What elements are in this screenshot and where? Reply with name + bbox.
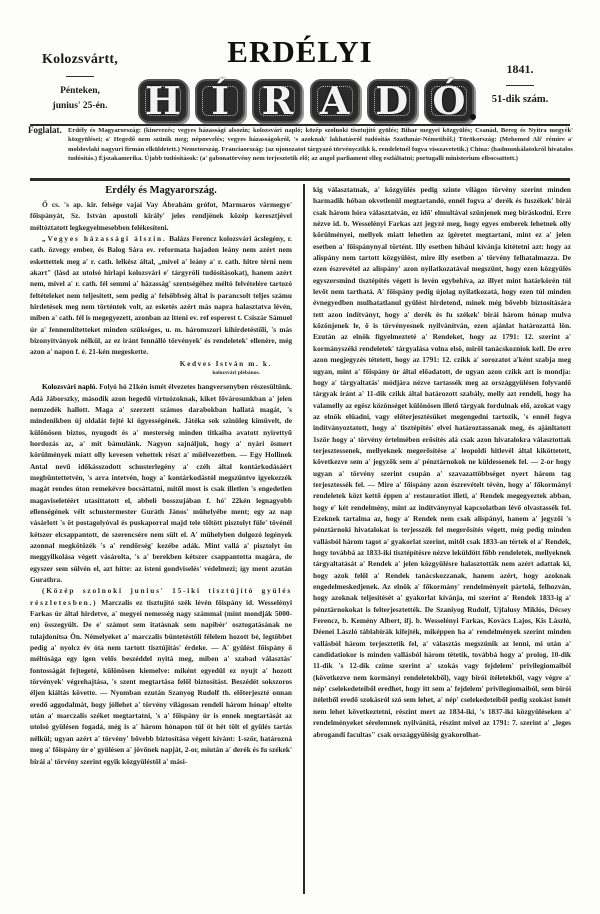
article-lead: „Vegyes házassági álszín. bbox=[42, 234, 167, 243]
section-title: Erdély és Magyarország. bbox=[30, 184, 292, 198]
article-paragraph: (Közép szolnoki junius' 15-iki tisztújít… bbox=[30, 585, 292, 767]
contents-label: Foglalat. bbox=[28, 126, 62, 135]
right-column: kig választatnak, a' közgyülés pedig szi… bbox=[313, 184, 571, 740]
newspaper-page: Kolozsvártt, Pénteken, junius' 25-én. ER… bbox=[0, 0, 600, 914]
article-paragraph: „Vegyes házassági álszín. Balázs Ferencz… bbox=[30, 233, 292, 358]
decorative-letter: R bbox=[254, 81, 300, 121]
article-paragraph: Ő cs. 's ap. kir. felsége vajai Vay Ábra… bbox=[30, 199, 292, 233]
decorative-letter: A bbox=[312, 81, 358, 121]
signature-title: kolozsvári plébános. bbox=[30, 369, 292, 377]
article-heading: Kolozsvári napló. bbox=[42, 382, 97, 391]
publication-year: 1841. bbox=[470, 62, 570, 77]
issue-date: junius' 25-én. bbox=[30, 99, 130, 114]
left-column: Erdély és Magyarország. Ő cs. 's ap. kir… bbox=[30, 184, 292, 767]
decorative-letter: Ó bbox=[426, 81, 472, 121]
masthead-title-period bbox=[470, 114, 476, 120]
table-of-contents: Foglalat. Erdély és Magyarország: (kinev… bbox=[28, 126, 573, 164]
contents-text: Erdély és Magyarország: (kinevezés; vegy… bbox=[68, 126, 573, 164]
article-body: Balázs Ferencz kolozsvári ácslegény, r. … bbox=[30, 234, 292, 356]
masthead-right-rule bbox=[506, 85, 534, 86]
contents-divider bbox=[30, 178, 570, 181]
column-divider bbox=[303, 184, 305, 894]
decorative-letter: D bbox=[369, 81, 415, 121]
decorative-letter: Í bbox=[197, 81, 243, 121]
decorative-letter: H bbox=[140, 81, 186, 121]
article-body: Marczalis ez tisztujító szék lévén főisp… bbox=[30, 598, 292, 766]
signature: Kedves István m. k. bbox=[30, 358, 292, 369]
masthead-title-decorative: H Í R A D Ó bbox=[140, 75, 472, 121]
masthead-left-rule bbox=[66, 76, 94, 77]
masthead-right: 1841. 51-dik szám. bbox=[470, 62, 570, 105]
article-body: Folyó hó 21kén ismét élvezetes hangverse… bbox=[30, 382, 292, 584]
weekday: Pénteken, bbox=[30, 84, 130, 99]
article-paragraph: kig választatnak, a' közgyülés pedig szi… bbox=[313, 184, 571, 740]
article-paragraph: Kolozsvári napló. Folyó hó 21kén ismét é… bbox=[30, 381, 292, 585]
issue-number: 51-dik szám. bbox=[470, 94, 570, 105]
